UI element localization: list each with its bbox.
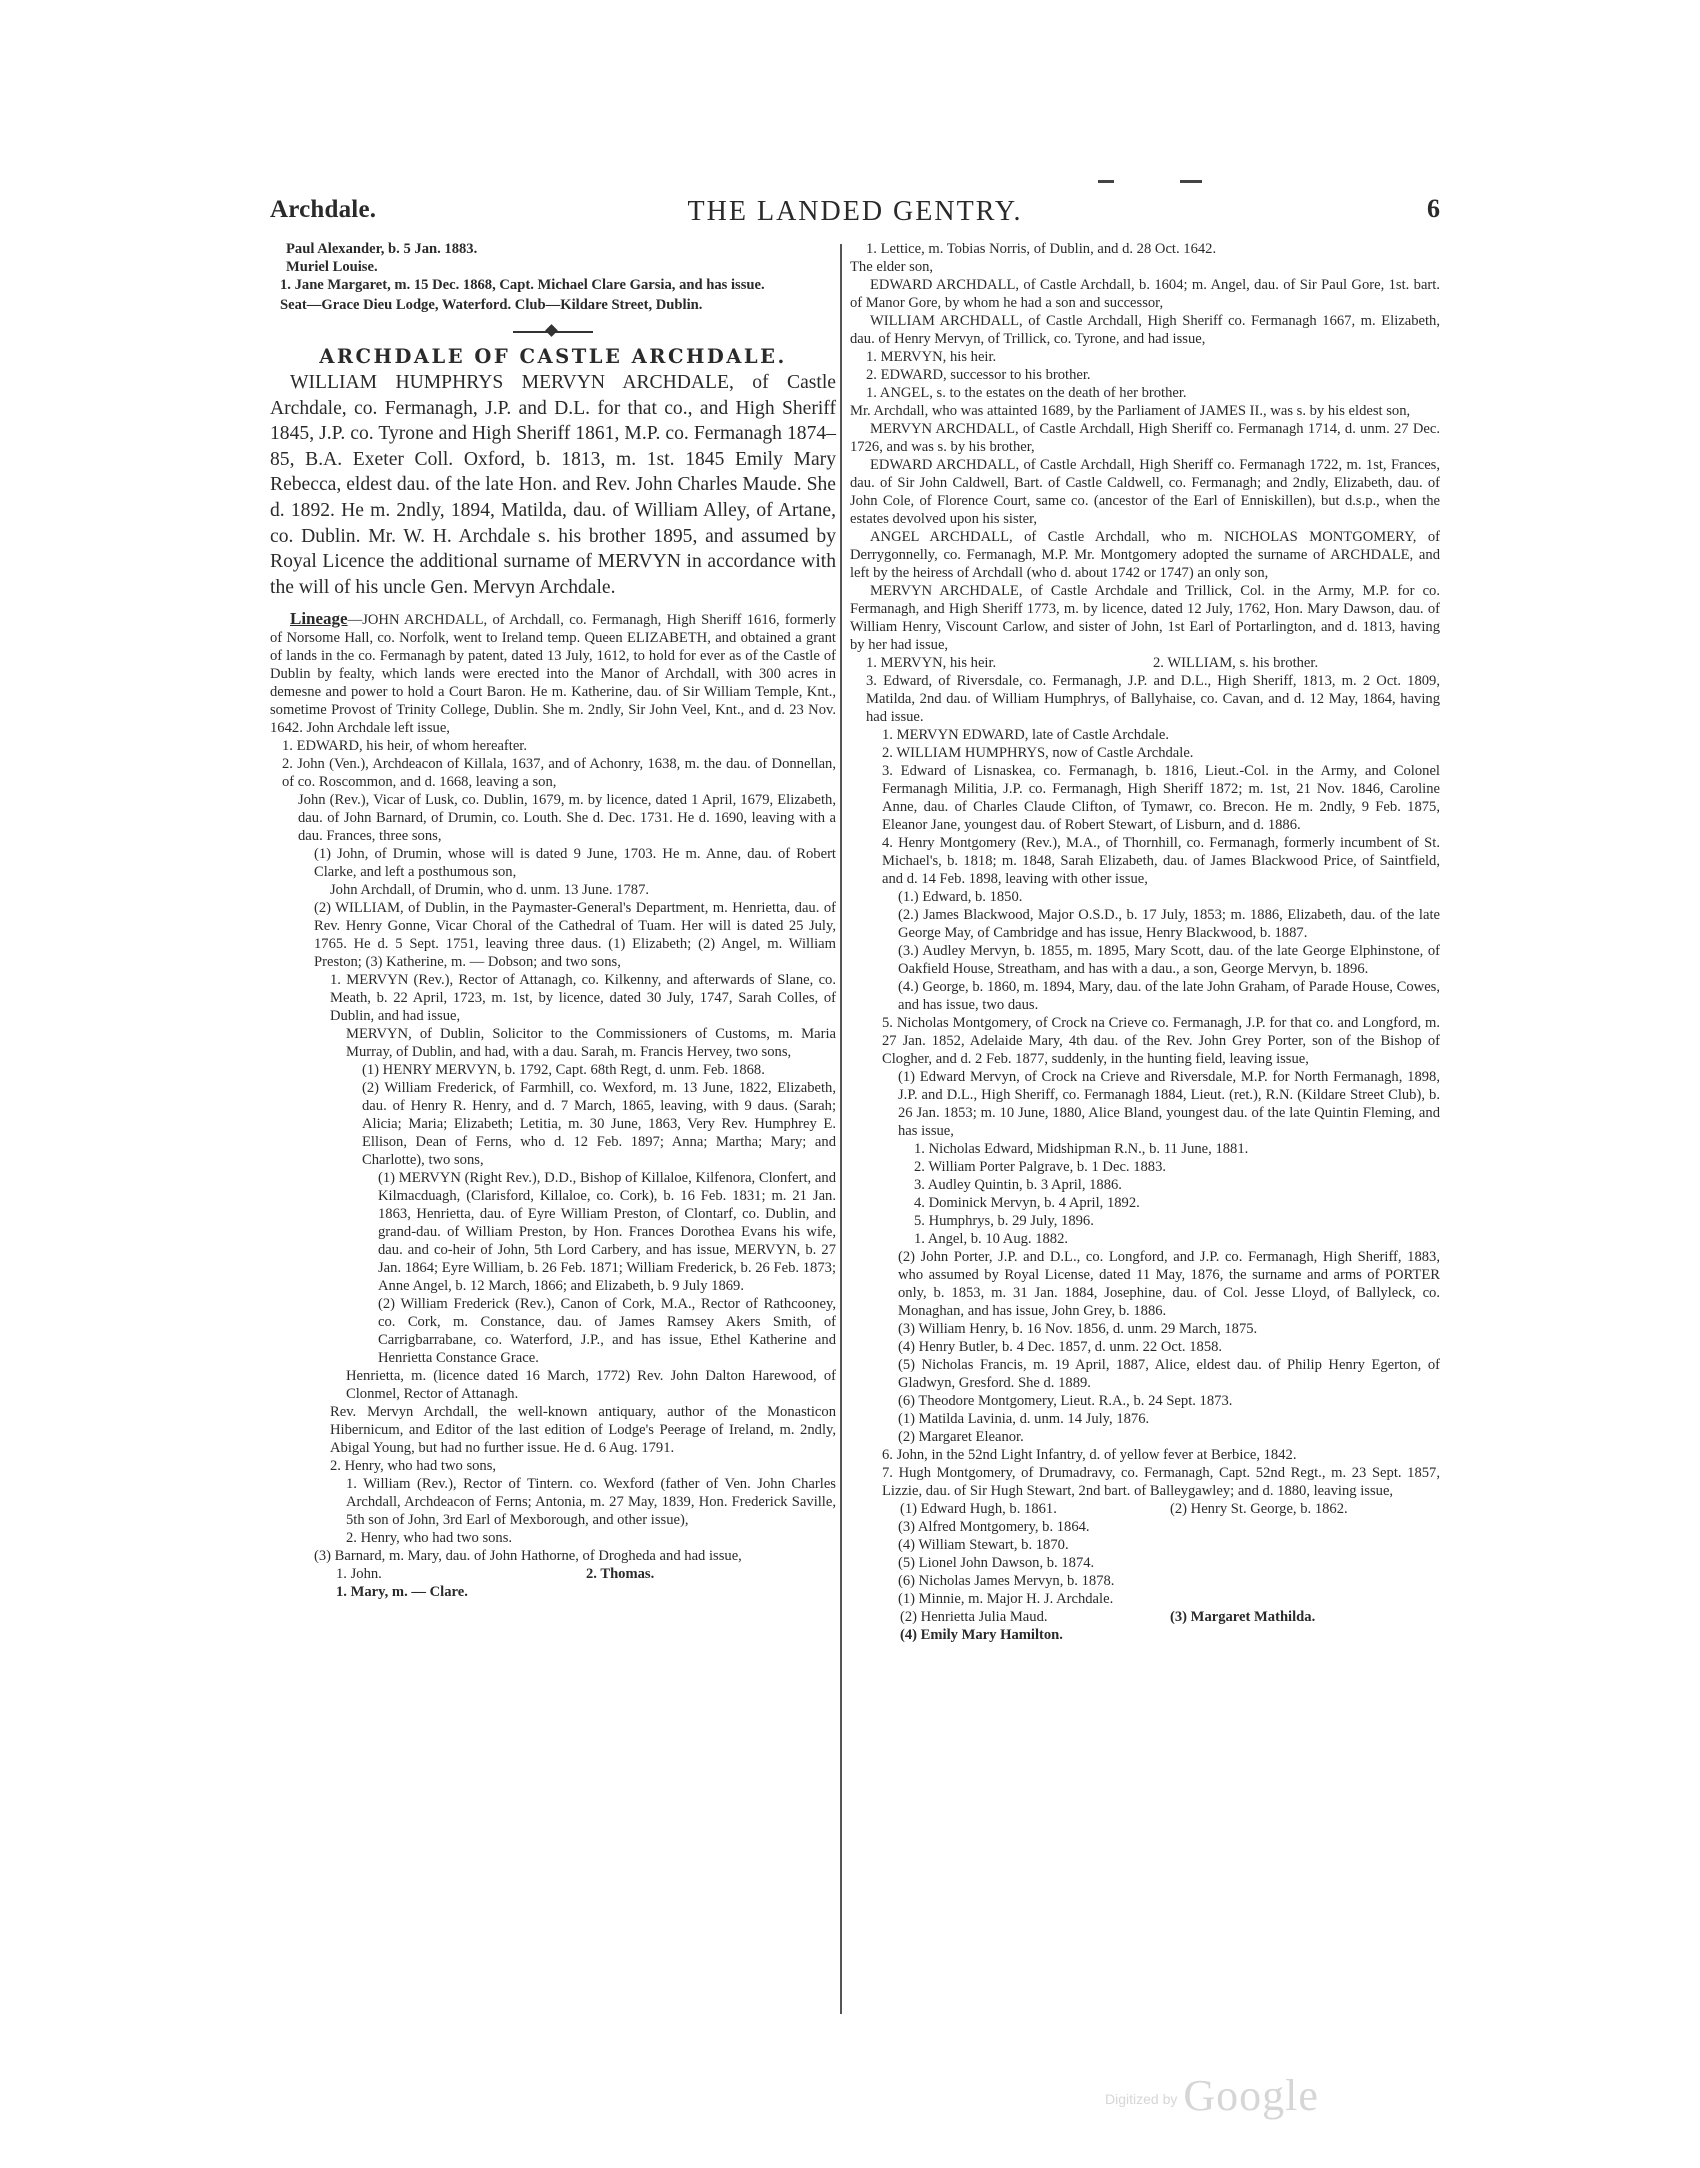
entry: (1) Matilda Lavinia, d. unm. 14 July, 18… <box>850 1410 1440 1428</box>
entry: (4) Emily Mary Hamilton. <box>850 1626 1440 1644</box>
entry: (3) Alfred Montgomery, b. 1864. <box>850 1518 1440 1536</box>
entry-pair: 1. John. 2. Thomas. <box>270 1565 836 1583</box>
entry: (1) Edward Mervyn, of Crock na Crieve an… <box>850 1068 1440 1140</box>
entry: 1. Nicholas Edward, Midshipman R.N., b. … <box>850 1140 1440 1158</box>
page-header: Archdale. THE LANDED GENTRY. 6 <box>270 196 1440 230</box>
entry: 1. Lettice, m. Tobias Norris, of Dublin,… <box>850 240 1440 258</box>
entry: (2) Henrietta Julia Maud. <box>900 1608 1170 1626</box>
entry: John (Rev.), Vicar of Lusk, co. Dublin, … <box>270 791 836 845</box>
right-entries-2: 3. Edward, of Riversdale, co. Fermanagh,… <box>850 672 1440 1500</box>
entry: Paul Alexander, b. 5 Jan. 1883. <box>270 240 836 258</box>
scan-artifact <box>1090 178 1210 186</box>
page-number: 6 <box>1427 194 1440 224</box>
entry: John Archdall, of Drumin, who d. unm. 13… <box>270 881 836 899</box>
seat-club-line: Seat—Grace Dieu Lodge, Waterford. Club—K… <box>270 296 836 314</box>
entry: The elder son, <box>850 258 1440 276</box>
entry: 1. Mary, m. — Clare. <box>270 1583 836 1601</box>
entry: 2. WILLIAM HUMPHRYS, now of Castle Archd… <box>850 744 1440 762</box>
entry: 1. MERVYN, his heir. <box>850 348 1440 366</box>
entry: 5. Nicholas Montgomery, of Crock na Crie… <box>850 1014 1440 1068</box>
entry: 1. ANGEL, s. to the estates on the death… <box>850 384 1440 402</box>
entry: 1. Angel, b. 10 Aug. 1882. <box>850 1230 1440 1248</box>
entry: (4.) George, b. 1860, m. 1894, Mary, dau… <box>850 978 1440 1014</box>
entry: (3) William Henry, b. 16 Nov. 1856, d. u… <box>850 1320 1440 1338</box>
book-title: THE LANDED GENTRY. <box>270 196 1440 228</box>
entry: (5) Nicholas Francis, m. 19 April, 1887,… <box>850 1356 1440 1392</box>
entry: (3) Margaret Mathilda. <box>1170 1608 1315 1626</box>
entry: (3.) Audley Mervyn, b. 1855, m. 1895, Ma… <box>850 942 1440 978</box>
entry-pair: 1. MERVYN, his heir. 2. WILLIAM, s. his … <box>850 654 1440 672</box>
entry: (2) William Frederick (Rev.), Canon of C… <box>270 1295 836 1367</box>
entry: 6. John, in the 52nd Light Infantry, d. … <box>850 1446 1440 1464</box>
column-divider <box>840 244 842 2014</box>
entry: Mr. Archdall, who was attainted 1689, by… <box>850 402 1440 420</box>
entry: 1. Jane Margaret, m. 15 Dec. 1868, Capt.… <box>270 276 836 294</box>
entry: (2.) James Blackwood, Major O.S.D., b. 1… <box>850 906 1440 942</box>
entry: (1) HENRY MERVYN, b. 1792, Capt. 68th Re… <box>270 1061 836 1079</box>
entry: (6) Theodore Montgomery, Lieut. R.A., b.… <box>850 1392 1440 1410</box>
entry: (2) John Porter, J.P. and D.L., co. Long… <box>850 1248 1440 1320</box>
entry: (3) Barnard, m. Mary, dau. of John Hatho… <box>270 1547 836 1565</box>
entry: WILLIAM ARCHDALL, of Castle Archdall, Hi… <box>850 312 1440 348</box>
entry: 2. Thomas. <box>586 1565 654 1583</box>
entry: MERVYN ARCHDALL, of Castle Archdall, Hig… <box>850 420 1440 456</box>
entry: Henrietta, m. (licence dated 16 March, 1… <box>270 1367 836 1403</box>
entry: 1. MERVYN EDWARD, late of Castle Archdal… <box>850 726 1440 744</box>
entry: EDWARD ARCHDALL, of Castle Archdall, b. … <box>850 276 1440 312</box>
entry: 2. John (Ven.), Archdeacon of Killala, 1… <box>270 755 836 791</box>
entry: Muriel Louise. <box>270 258 836 276</box>
entry: (1) John, of Drumin, whose will is dated… <box>270 845 836 881</box>
entry: Rev. Mervyn Archdall, the well-known ant… <box>270 1403 836 1457</box>
entry-pair: (1) Edward Hugh, b. 1861. (2) Henry St. … <box>850 1500 1440 1518</box>
entry: (2) Henry St. George, b. 1862. <box>1170 1500 1348 1518</box>
entry: (2) WILLIAM, of Dublin, in the Paymaster… <box>270 899 836 971</box>
entry: (4) Henry Butler, b. 4 Dec. 1857, d. unm… <box>850 1338 1440 1356</box>
entry: MERVYN, of Dublin, Solicitor to the Comm… <box>270 1025 836 1061</box>
entry: (2) William Frederick, of Farmhill, co. … <box>270 1079 836 1169</box>
entry: 2. Henry, who had two sons, <box>270 1457 836 1475</box>
entry: (1) Minnie, m. Major H. J. Archdale. <box>850 1590 1440 1608</box>
entry: (1) Edward Hugh, b. 1861. <box>900 1500 1170 1518</box>
entry: 3. Edward, of Riversdale, co. Fermanagh,… <box>850 672 1440 726</box>
lead-paragraph: WILLIAM HUMPHRYS MERVYN ARCHDALE, of Cas… <box>270 370 836 600</box>
google-watermark: Digitized byGoogle <box>1105 2070 1319 2121</box>
entry: (4) William Stewart, b. 1870. <box>850 1536 1440 1554</box>
entry: 5. Humphrys, b. 29 July, 1896. <box>850 1212 1440 1230</box>
entry: 2. William Porter Palgrave, b. 1 Dec. 18… <box>850 1158 1440 1176</box>
lineage-paragraph: Lineage—JOHN ARCHDALL, of Archdall, co. … <box>270 610 836 737</box>
entry: 2. EDWARD, successor to his brother. <box>850 366 1440 384</box>
entry: 4. Dominick Mervyn, b. 4 April, 1892. <box>850 1194 1440 1212</box>
entry: 1. MERVYN, his heir. <box>866 654 1153 672</box>
entry: (6) Nicholas James Mervyn, b. 1878. <box>850 1572 1440 1590</box>
entry: (1.) Edward, b. 1850. <box>850 888 1440 906</box>
entry: 1. EDWARD, his heir, of whom hereafter. <box>270 737 836 755</box>
entry: (5) Lionel John Dawson, b. 1874. <box>850 1554 1440 1572</box>
entry: (2) Margaret Eleanor. <box>850 1428 1440 1446</box>
right-entries-3: (3) Alfred Montgomery, b. 1864.(4) Willi… <box>850 1518 1440 1608</box>
entry: EDWARD ARCHDALL, of Castle Archdall, Hig… <box>850 456 1440 528</box>
entry: MERVYN ARCHDALE, of Castle Archdale and … <box>850 582 1440 654</box>
entry: ANGEL ARCHDALL, of Castle Archdall, who … <box>850 528 1440 582</box>
left-entries: 1. EDWARD, his heir, of whom hereafter.2… <box>270 737 836 1565</box>
entry: 2. WILLIAM, s. his brother. <box>1153 654 1318 672</box>
entry: 3. Edward of Lisnaskea, co. Fermanagh, b… <box>850 762 1440 834</box>
watermark-prefix: Digitized by <box>1105 2091 1177 2107</box>
entry: 1. John. <box>336 1565 586 1583</box>
entry: 2. Henry, who had two sons. <box>270 1529 836 1547</box>
entry: 1. William (Rev.), Rector of Tintern. co… <box>270 1475 836 1529</box>
entry: 3. Audley Quintin, b. 3 April, 1886. <box>850 1176 1440 1194</box>
section-ornament <box>270 322 836 340</box>
lineage-text: —JOHN ARCHDALL, of Archdall, co. Fermana… <box>270 612 836 736</box>
entry-pair: (2) Henrietta Julia Maud. (3) Margaret M… <box>850 1608 1440 1626</box>
right-entries-1: 1. Lettice, m. Tobias Norris, of Dublin,… <box>850 240 1440 654</box>
entry: 1. MERVYN (Rev.), Rector of Attanagh, co… <box>270 971 836 1025</box>
entry: 7. Hugh Montgomery, of Drumadravy, co. F… <box>850 1464 1440 1500</box>
right-column: 1. Lettice, m. Tobias Norris, of Dublin,… <box>850 240 1440 1644</box>
lineage-label: Lineage <box>290 609 348 628</box>
entry: (1) MERVYN (Right Rev.), D.D., Bishop of… <box>270 1169 836 1295</box>
entry: 4. Henry Montgomery (Rev.), M.A., of Tho… <box>850 834 1440 888</box>
google-logo-icon: Google <box>1183 2071 1319 2120</box>
book-page: Archdale. THE LANDED GENTRY. 6 Paul Alex… <box>0 0 1700 2168</box>
section-title: ARCHDALE OF CASTLE ARCHDALE. <box>270 348 836 366</box>
left-column: Paul Alexander, b. 5 Jan. 1883. Muriel L… <box>270 240 836 1601</box>
